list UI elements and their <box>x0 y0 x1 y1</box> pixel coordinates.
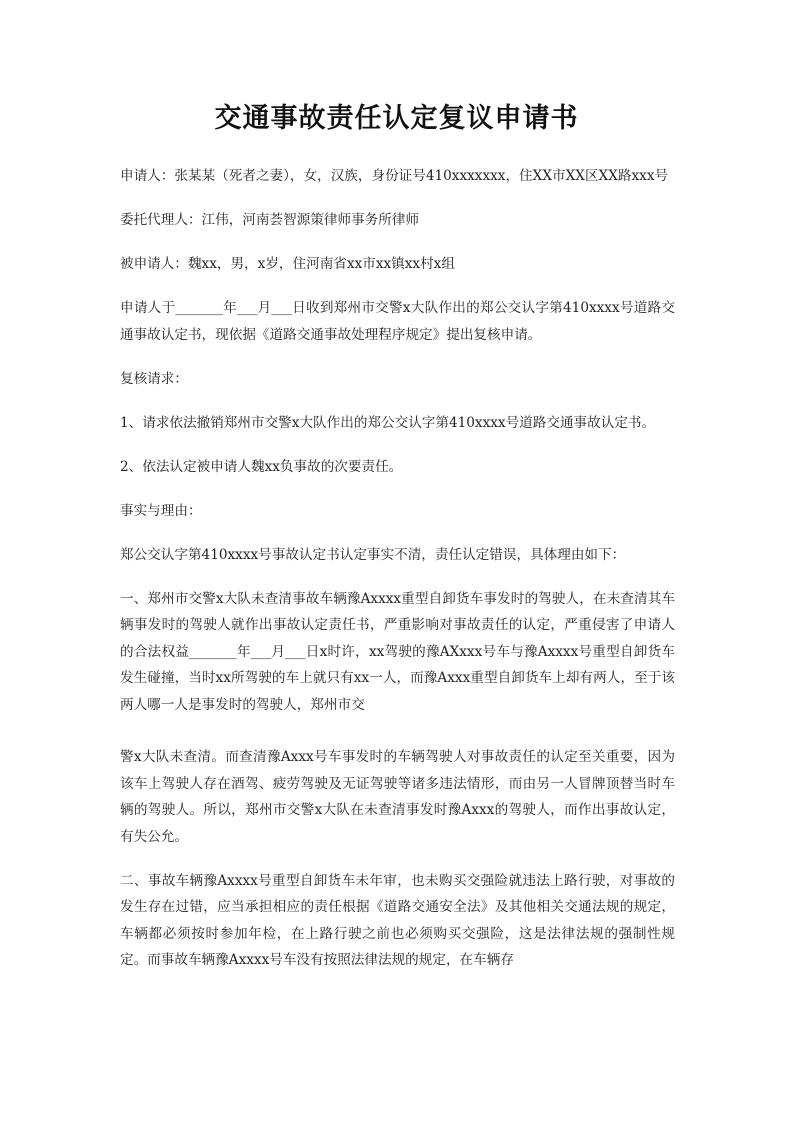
facts-intro: 郑公交认字第410xxxx号事故认定书认定事实不清，责任认定错误，具体理由如下： <box>120 542 675 569</box>
agent-paragraph: 委托代理人：江伟，河南荟智源策律师事务所律师 <box>120 207 675 234</box>
document-title: 交通事故责任认定复议申请书 <box>0 96 793 135</box>
request-item-1: 1、请求依法撤销郑州市交警x大队作出的郑公交认字第410xxxx号道路交通事故认… <box>120 410 675 437</box>
document-body: 申请人：张某某（死者之妻），女，汉族，身份证号410xxxxxxx，住XX市XX… <box>120 163 675 991</box>
receipt-paragraph: 申请人于_______年___月___日收到郑州市交警x大队作出的郑公交认字第4… <box>120 295 675 348</box>
respondent-paragraph: 被申请人：魏xx，男，x岁，住河南省xx市xx镇xx村x组 <box>120 251 675 278</box>
applicant-paragraph: 申请人：张某某（死者之妻），女，汉族，身份证号410xxxxxxx，住XX市XX… <box>120 163 675 190</box>
reason-2: 二、事故车辆豫Axxxx号重型自卸货车未年审，也未购买交强险就违法上路行驶，对事… <box>120 868 675 974</box>
document-page: 交通事故责任认定复议申请书 申请人：张某某（死者之妻），女，汉族，身份证号410… <box>0 0 793 1122</box>
reason-1-part-1: 一、郑州市交警x大队未查清事故车辆豫Axxxx重型自卸货车事发时的驾驶人，在未查… <box>120 586 675 719</box>
request-item-2: 2、依法认定被申请人魏xx负事故的次要责任。 <box>120 454 675 481</box>
reason-1-part-2: 警x大队未查清。而查清豫Axxx号车事发时的车辆驾驶人对事故责任的认定至关重要，… <box>120 744 675 850</box>
facts-heading: 事实与理由： <box>120 498 675 525</box>
requests-heading: 复核请求： <box>120 366 675 393</box>
